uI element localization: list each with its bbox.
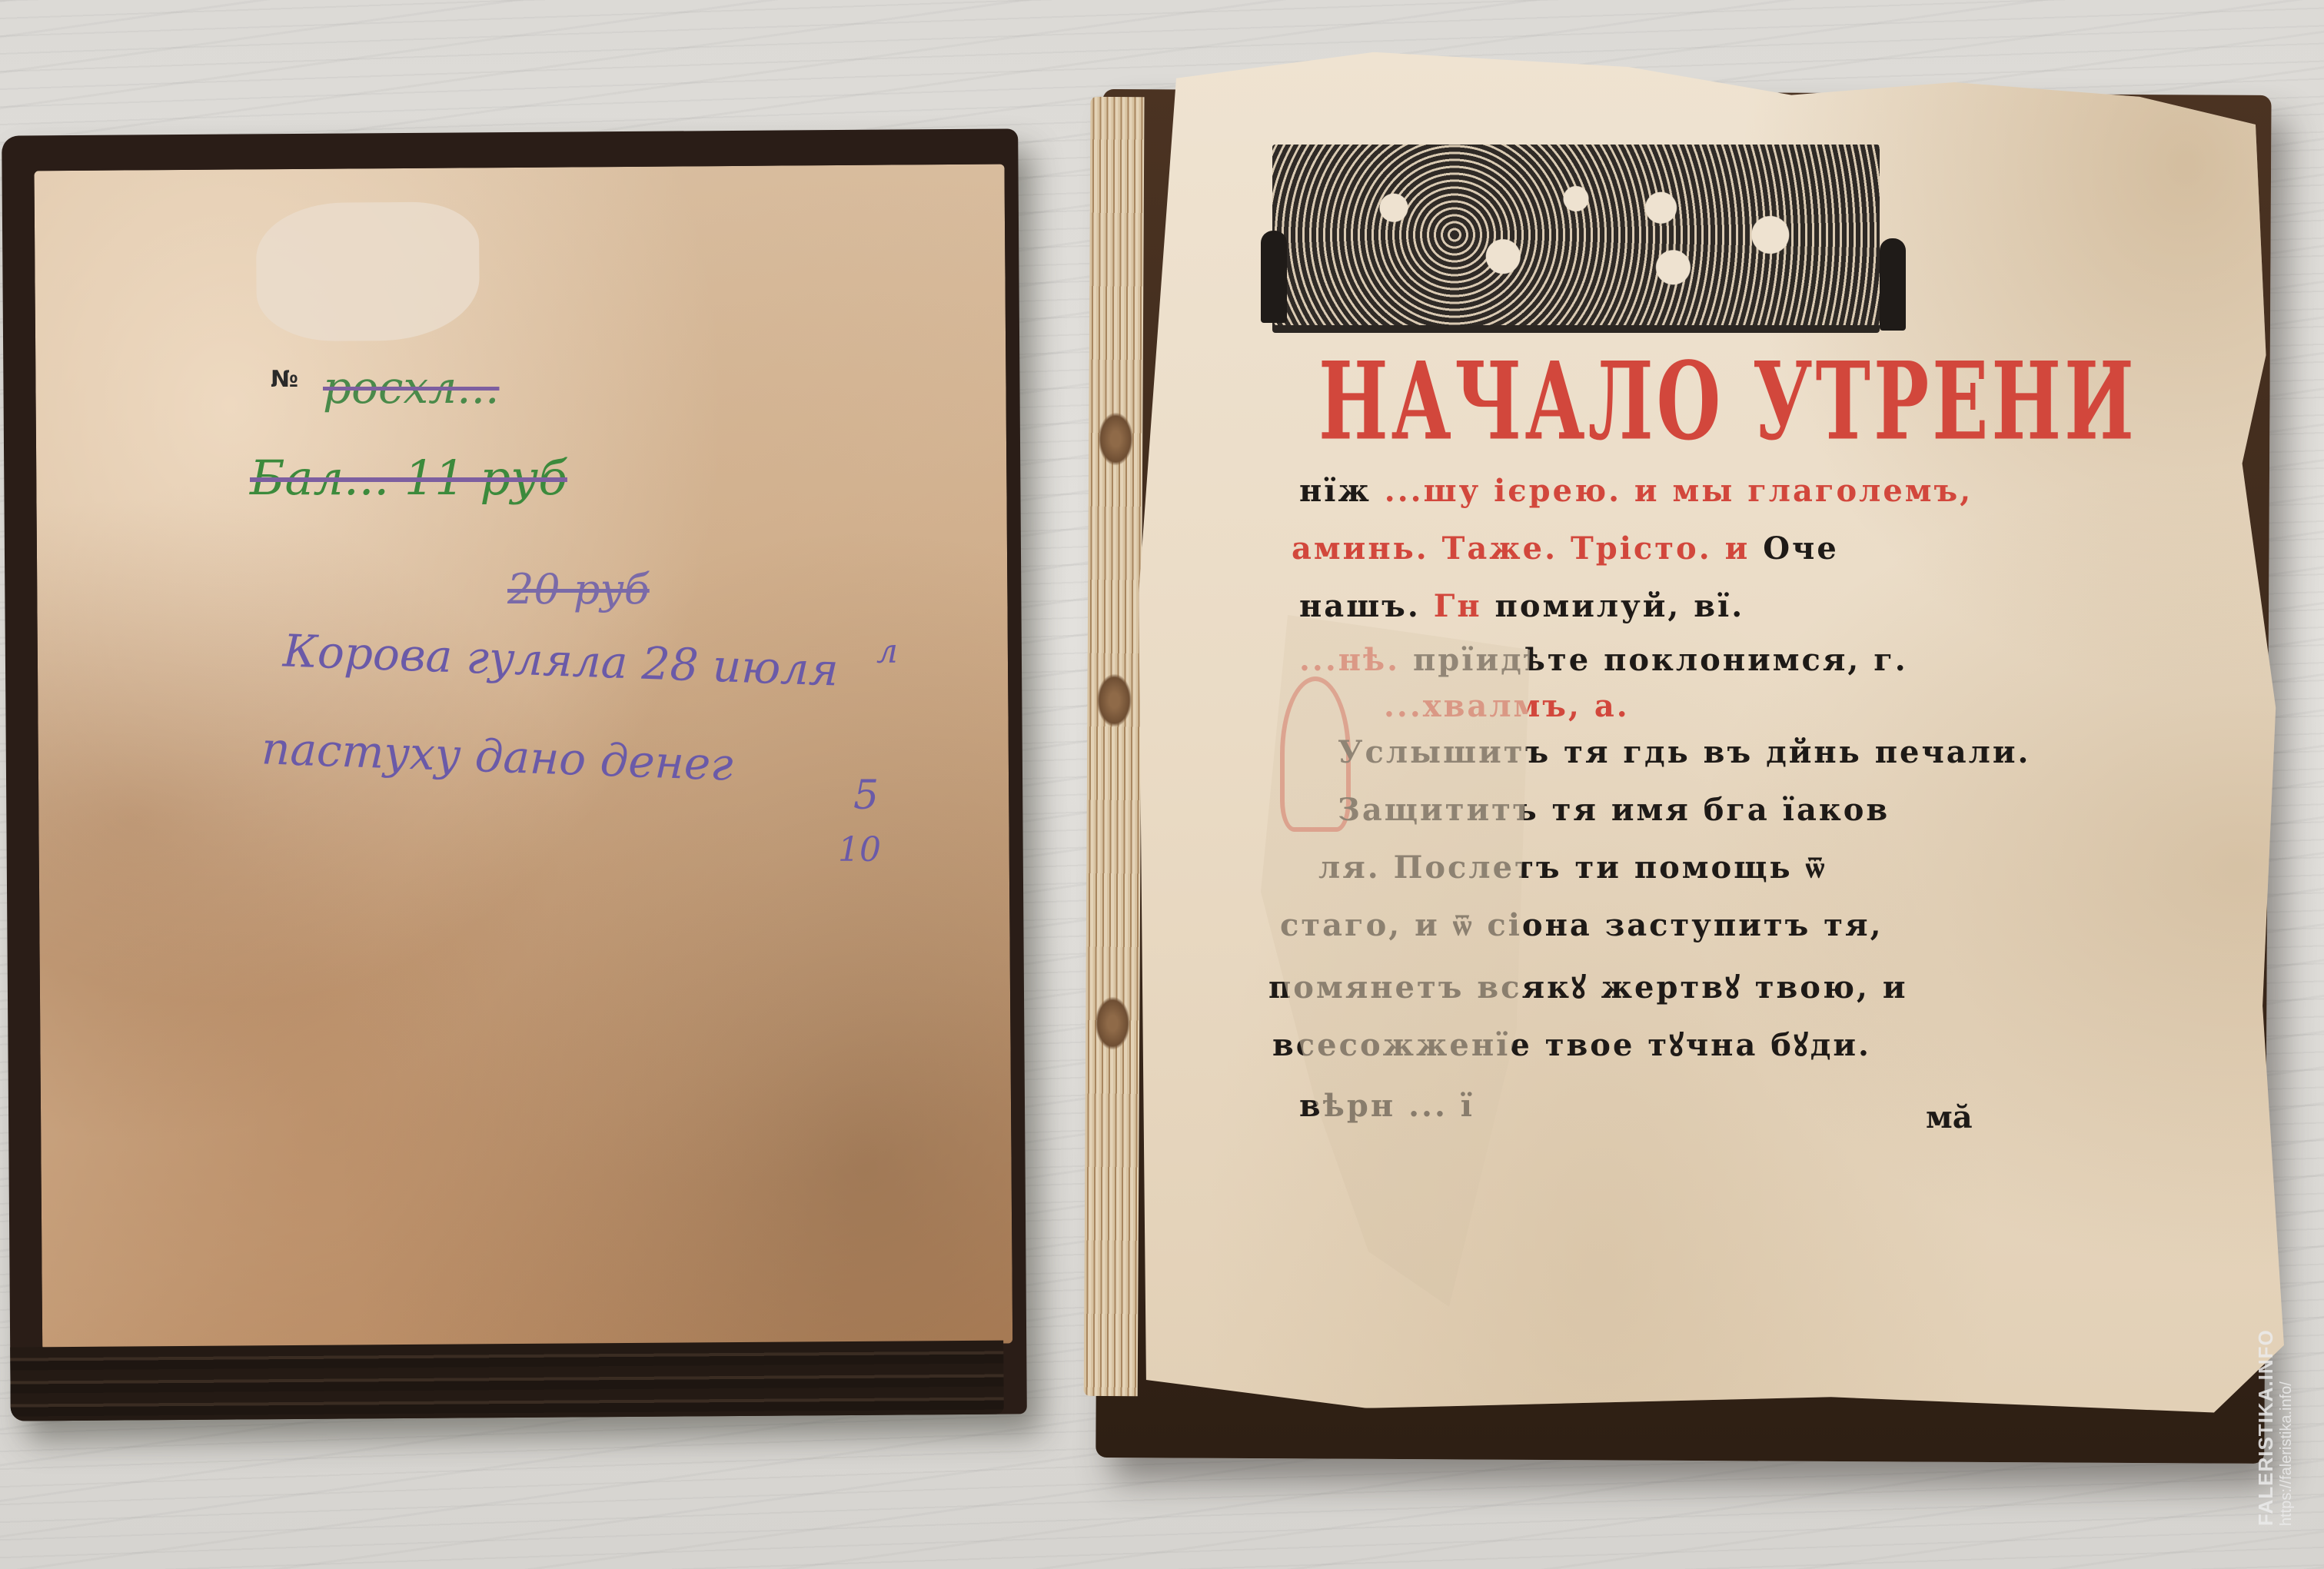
binding-thread (1095, 996, 1130, 1050)
watermark-brand: FALERISTIKA.INFO (2254, 1329, 2278, 1526)
text-red: Гн (1434, 588, 1482, 624)
watermark: FALERISTIKA.INFO https://faleristika.inf… (2254, 1329, 2296, 1526)
text-line-6: Услышитъ тя гдь въ дйнь печали. (1338, 734, 2030, 770)
text-line-8: ля. Послетъ ти помощь ѿ (1318, 849, 1827, 886)
library-stamp: № (271, 366, 298, 393)
handwritten-number-10: 10 (838, 830, 881, 869)
page-title-red: НАЧАЛО УТРЕНИ (1318, 338, 1910, 464)
text-line-5: ...хвалмъ, а. (1384, 688, 1630, 724)
ornament-finial-right (1880, 238, 1906, 331)
text-black: нашъ. (1299, 588, 1434, 624)
text-black: помилуй, вї. (1482, 588, 1745, 624)
handwritten-price-crossed: Бал... 11 руб (250, 450, 567, 506)
binding-thread (1098, 412, 1133, 466)
text-line-4: ...нѣ. прїидѣте поклонимся, г. (1299, 642, 1908, 678)
text-line-2: аминь. Таже. Трісто. и Оче (1292, 530, 1839, 567)
text-line-1: нїж ...шу ієрею. и мы глаголемъ, (1299, 473, 1973, 509)
text-black: Оче (1750, 530, 1839, 567)
text-black: нїж (1299, 473, 1371, 509)
text-line-3: нашъ. Гн помилуй, вї. (1299, 588, 1744, 624)
text-line-7: Защититъ тя имя бга їаков (1338, 792, 1890, 828)
text-red: ...шу ієрею. и мы глаголемъ, (1371, 473, 1973, 509)
text-black: прїидѣте поклонимся, г. (1413, 642, 1908, 678)
text-line-9: стаго, и ѿ сіона заступитъ тя, (1280, 907, 1883, 943)
text-red: аминь. Таже. Трісто. и (1292, 530, 1750, 567)
handwritten-superscript: л (876, 632, 898, 671)
ornament-finial-left (1261, 231, 1287, 323)
handwritten-note-crossed-1: росхл... (323, 361, 499, 414)
handwritten-price-20-rub: 20 руб (507, 565, 650, 613)
watermark-url: https://faleristika.info/ (2278, 1329, 2296, 1526)
folio-number: мӑ (1926, 1099, 1973, 1135)
text-line-11: всесожженїе твое тꙋчна бꙋди. (1272, 1022, 1871, 1065)
text-line-10: помянетъ всякꙋ жертвꙋ твою, и (1268, 965, 1908, 1007)
text-line-12: вѣрн ... ї (1299, 1088, 1475, 1124)
handwritten-number-5: 5 (853, 773, 879, 819)
page-edges (1084, 97, 1145, 1396)
torn-paper-patch (256, 201, 480, 341)
woodcut-headpiece-ornament (1272, 145, 1880, 333)
book-bottom-edge (10, 1341, 1004, 1421)
binding-thread (1096, 673, 1132, 727)
text-red: ...нѣ. (1299, 642, 1413, 678)
photo-scene: № росхл... Бал... 11 руб 20 руб Корова г… (0, 0, 2324, 1569)
